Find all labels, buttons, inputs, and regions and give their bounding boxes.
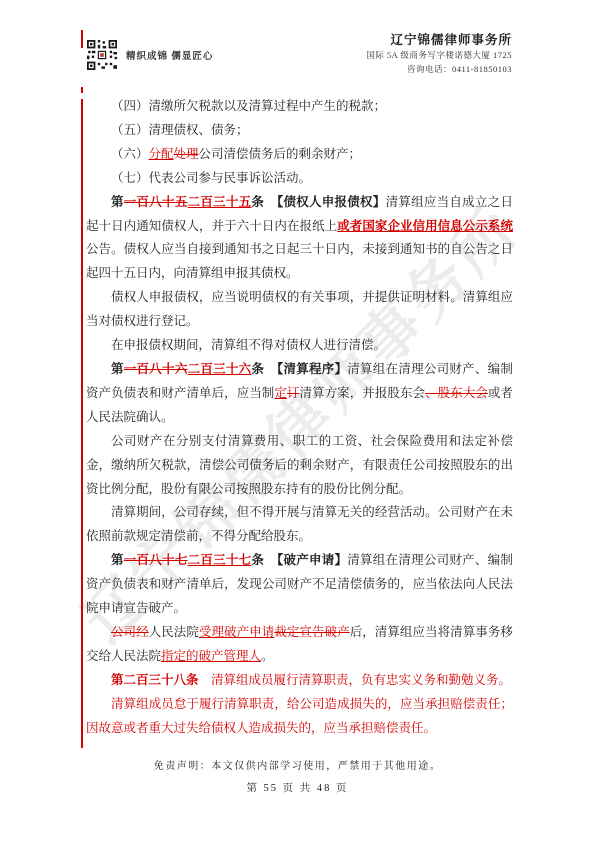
text-run-red: 清算组成员履行清算职责，负有忠实义务和勤勉义务。 — [199, 673, 512, 687]
text-run: 在申报债权期间，清算组不得对债权人进行清偿。 — [111, 338, 386, 352]
text-run-red: 清算组成员怠于履行清算职责，给公司造成损失的，应当承担赔偿责任；因故意或者重大过… — [86, 697, 513, 735]
paragraph: 公司经人民法院受理破产申请裁定宣告破产后，清算组应当将清算事务移交给人民法院指定… — [86, 621, 513, 669]
header-contact: 辽宁锦儒律师事务所 国际 5A 级商务写字楼诺德大厦 1725 咨询电话：041… — [366, 33, 512, 77]
paragraph: （五）清理债权、债务； — [86, 119, 513, 143]
text-run-insb: 二百三十六 — [188, 362, 252, 376]
page-header: 精织成锦 儒显匠心 辽宁锦儒律师事务所 国际 5A 级商务写字楼诺德大厦 172… — [87, 33, 512, 77]
document-body: （四）清缴所欠税款以及清算过程中产生的税款；（五）清理债权、债务；（六）分配处理… — [86, 95, 513, 740]
text-run: 人民法院 — [149, 625, 199, 639]
text-run-del: 公司经 — [111, 625, 149, 639]
text-run-b: 【债权人申报债权】 — [277, 195, 386, 209]
text-run-b: 条 — [251, 195, 264, 209]
text-run-del: 、股东大会 — [425, 386, 488, 400]
text-run: （六） — [111, 147, 149, 161]
paragraph: 清算组成员怠于履行清算职责，给公司造成损失的，应当承担赔偿责任；因故意或者重大过… — [86, 693, 513, 741]
text-run: （四）清缴所欠税款以及清算过程中产生的税款； — [111, 99, 386, 113]
text-run: 债权人申报债权，应当说明债权的有关事项，并提供证明材料。清算组应当对债权进行登记… — [86, 290, 513, 328]
firm-name: 辽宁锦儒律师事务所 — [366, 33, 512, 48]
paragraph: 债权人申报债权，应当说明债权的有关事项，并提供证明材料。清算组应当对债权进行登记… — [86, 286, 513, 334]
text-run-b: 条 — [251, 362, 264, 376]
text-run-b: 第 — [111, 195, 124, 209]
text-run-delb: 一百八十七 — [124, 553, 188, 567]
text-run-ins: 指定的破产管理人 — [161, 649, 261, 663]
firm-slogan: 精织成锦 儒显匠心 — [126, 48, 213, 62]
text-run: 公司财产在分别支付清算费用、职工的工资、社会保险费用和法定补偿金，缴纳所欠税款，… — [86, 434, 513, 496]
text-run: （七）代表公司参与民事诉讼活动。 — [111, 171, 311, 185]
paragraph: 公司财产在分别支付清算费用、职工的工资、社会保险费用和法定补偿金，缴纳所欠税款，… — [86, 430, 513, 502]
text-run-insb: 二百三十七 — [188, 553, 252, 567]
text-run: 清算方案，并报股东会 — [300, 386, 426, 400]
text-run-b — [264, 553, 277, 567]
text-run-insb: 二百三十五 — [188, 195, 252, 209]
tracked-change-bar — [81, 30, 83, 48]
text-run: 。 — [261, 649, 274, 663]
text-run: 公告。债权人应当自接到通知书之日起三十日内，未接到通知书的自公告之日起四十五日内… — [86, 242, 513, 280]
text-run-b: 条 — [251, 553, 264, 567]
qr-code-icon — [87, 40, 117, 70]
header-brand: 精织成锦 儒显匠心 — [87, 33, 213, 77]
text-run-redb: 第二百三十八条 — [111, 673, 199, 687]
text-run-b — [264, 362, 277, 376]
tracked-change-bar — [81, 99, 83, 748]
paragraph: 第一百八十六二百三十六条 【清算程序】清算组在清理公司财产、编制资产负债表和财产… — [86, 358, 513, 430]
footer-disclaimer: 免责声明：本文仅供内部学习使用，严禁用于其他用途。 — [0, 757, 595, 772]
text-run: 公司清偿债务后的剩余财产； — [199, 147, 362, 161]
paragraph: 第二百三十八条 清算组成员履行清算职责，负有忠实义务和勤勉义务。 — [86, 669, 513, 693]
text-run-ins: 分配 — [149, 147, 174, 161]
document-page: 辽宁锦儒律师事务所 — [0, 0, 595, 842]
text-run-b: 第 — [111, 553, 124, 567]
footer-page-number: 第 55 页 共 48 页 — [0, 780, 595, 795]
paragraph: 第一百八十五二百三十五条 【债权人申报债权】清算组应当自成立之日起十日内通知债权… — [86, 191, 513, 287]
paragraph: （四）清缴所欠税款以及清算过程中产生的税款； — [86, 95, 513, 119]
paragraph: （六）分配处理公司清偿债务后的剩余财产； — [86, 143, 513, 167]
tracked-change-bar — [81, 87, 83, 93]
text-run: （五）清理债权、债务； — [111, 123, 249, 137]
text-run-del: 订 — [287, 386, 300, 400]
paragraph: 在申报债权期间，清算组不得对债权人进行清偿。 — [86, 334, 513, 358]
paragraph: 清算期间，公司存续，但不得开展与清算无关的经营活动。公司财产在未依照前款规定清偿… — [86, 501, 513, 549]
paragraph: （七）代表公司参与民事诉讼活动。 — [86, 167, 513, 191]
text-run: 清算期间，公司存续，但不得开展与清算无关的经营活动。公司财产在未依照前款规定清偿… — [86, 505, 513, 543]
text-run-insb: 或者国家企业信用信息公示系统 — [337, 219, 513, 233]
firm-phone: 咨询电话：0411-81850103 — [366, 62, 512, 77]
text-run-b: 第 — [111, 362, 124, 376]
text-run-delb: 一百八十五 — [124, 195, 188, 209]
text-run-del: 处理 — [174, 147, 199, 161]
text-run-ins: 定 — [274, 386, 287, 400]
text-run-b — [264, 195, 277, 209]
firm-address: 国际 5A 级商务写字楼诺德大厦 1725 — [366, 48, 512, 63]
text-run-ins: 受理破产申请 — [199, 625, 274, 639]
paragraph: 第一百八十七二百三十七条 【破产申请】清算组在清理公司财产、编制资产负债表和财产… — [86, 549, 513, 621]
text-run-b: 【清算程序】 — [277, 362, 347, 376]
text-run-b: 【破产申请】 — [277, 553, 347, 567]
text-run-del: 裁定宣告破产 — [274, 625, 349, 639]
text-run-delb: 一百八十六 — [124, 362, 188, 376]
